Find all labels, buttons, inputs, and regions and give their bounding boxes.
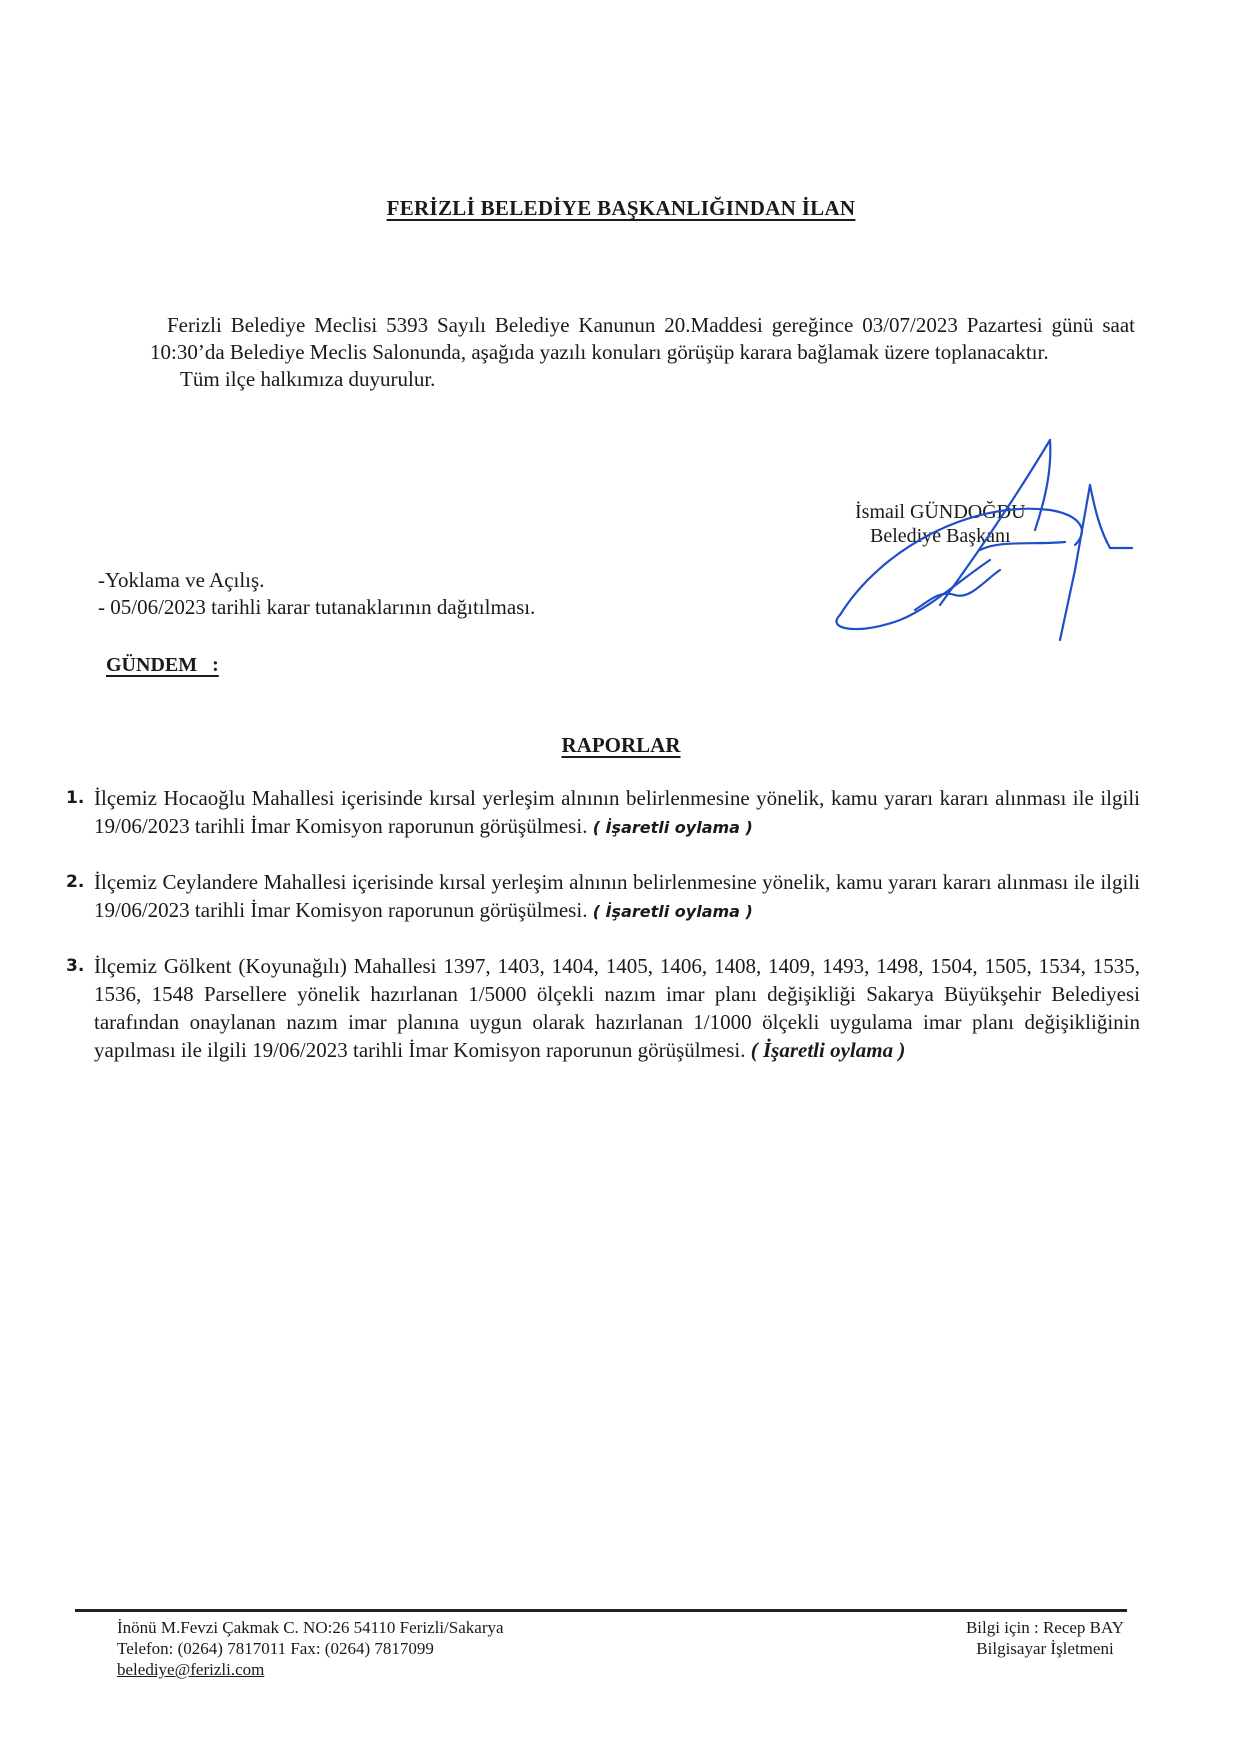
agenda-item: 1. İlçemiz Hocaoğlu Mahallesi içerisinde… [66,784,1140,842]
section-title: RAPORLAR [0,733,1242,758]
agenda-item-text: İlçemiz Ceylandere Mahallesi içerisinde … [94,868,1140,926]
agenda-item: 2. İlçemiz Ceylandere Mahallesi içerisin… [66,868,1140,926]
signature-icon [820,430,1140,650]
footer-info: Bilgi için : Recep BAY Bilgisayar İşletm… [966,1617,1124,1659]
vote-type: ( İşaretli oylama ) [593,902,753,921]
vote-type: ( İşaretli oylama ) [593,818,753,837]
agenda-item-text: İlçemiz Hocaoğlu Mahallesi içerisinde kı… [94,784,1140,842]
agenda-item: 3. İlçemiz Gölkent (Koyunağılı) Mahalles… [66,952,1140,1064]
footer-phone-fax: Telefon: (0264) 7817011 Fax: (0264) 7817… [117,1638,504,1659]
agenda-item-number: 1. [66,784,90,812]
footer-contact: İnönü M.Fevzi Çakmak C. NO:26 54110 Feri… [117,1617,504,1680]
announcement-text: Tüm ilçe halkımıza duyurulur. [150,366,1135,393]
footer-address: İnönü M.Fevzi Çakmak C. NO:26 54110 Feri… [117,1617,504,1638]
agenda-item-body: İlçemiz Gölkent (Koyunağılı) Mahallesi 1… [94,954,1140,1062]
agenda-item-number: 3. [66,952,90,980]
document-title-text: FERİZLİ BELEDİYE BAŞKANLIĞINDAN İLAN [387,196,856,220]
agenda-label: GÜNDEM : [106,654,219,677]
vote-type: ( İşaretli oylama ) [751,1038,906,1062]
section-title-text: RAPORLAR [562,733,681,757]
preliminary-item: - 05/06/2023 tarihli karar tutanaklarını… [98,594,535,621]
footer-email-link[interactable]: belediye@ferizli.com [117,1659,504,1680]
intro-paragraph: Ferizli Belediye Meclisi 5393 Sayılı Bel… [150,312,1135,366]
preliminary-item: -Yoklama ve Açılış. [98,567,264,594]
agenda-item-number: 2. [66,868,90,896]
intro-section: Ferizli Belediye Meclisi 5393 Sayılı Bel… [150,312,1135,393]
document-title: FERİZLİ BELEDİYE BAŞKANLIĞINDAN İLAN [0,196,1242,221]
footer-contact-role: Bilgisayar İşletmeni [966,1638,1124,1659]
footer-divider [75,1609,1127,1612]
footer-contact-person: Bilgi için : Recep BAY [966,1617,1124,1638]
agenda-item-text: İlçemiz Gölkent (Koyunağılı) Mahallesi 1… [94,952,1140,1064]
